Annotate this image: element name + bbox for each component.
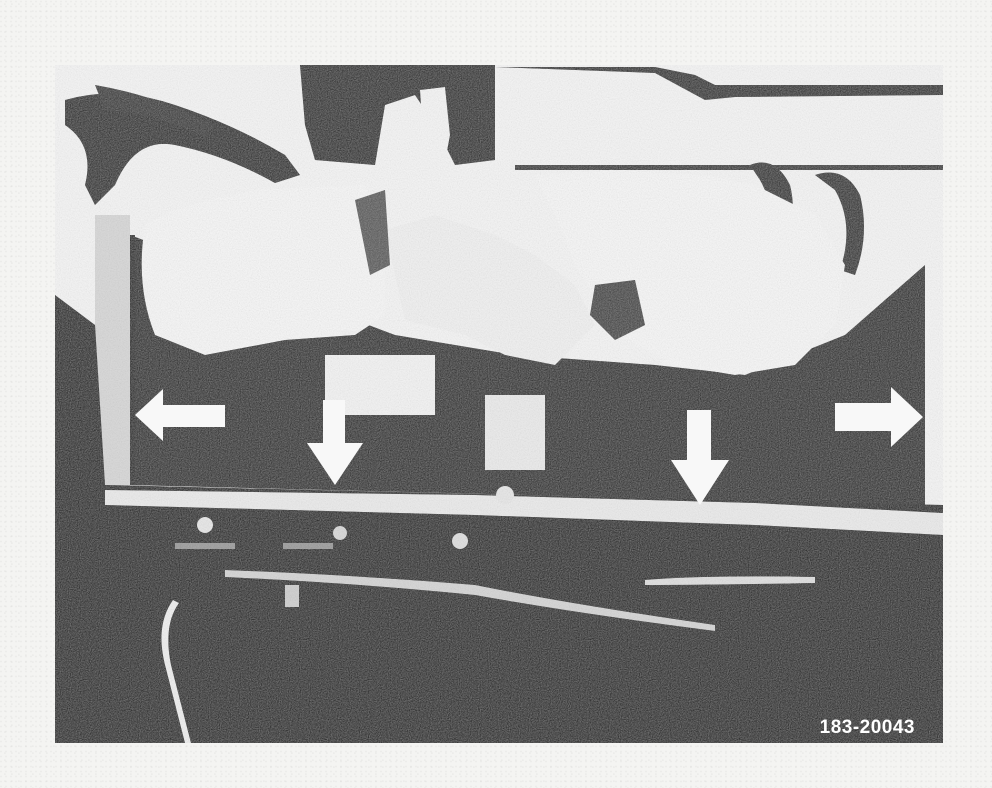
- photo-figure: 183-20043: [55, 65, 943, 743]
- figure-reference-number: 183-20043: [820, 717, 915, 739]
- photo-illustration: [55, 65, 943, 743]
